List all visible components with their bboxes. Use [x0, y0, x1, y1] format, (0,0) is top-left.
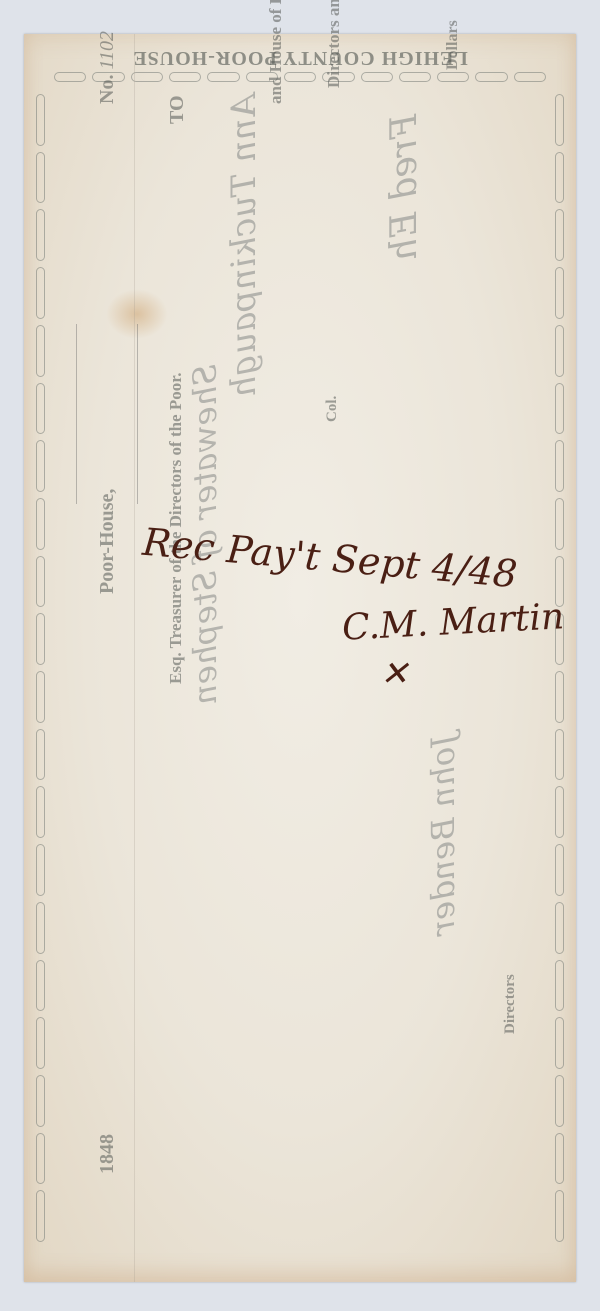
dollars-label: Dollars [444, 20, 462, 70]
year-label: 1848 [96, 1134, 119, 1174]
poor-house-label: Poor-House, [96, 489, 119, 594]
directors-line: Directors and ... for the [324, 0, 344, 88]
decorative-border-right [555, 94, 564, 1242]
order-number-label: No. 1102 $ 12 81 [96, 0, 119, 104]
amount-rule-right [137, 324, 138, 504]
decorative-border-left [36, 94, 45, 1242]
endorsement-signature: C.M. Martin [341, 596, 565, 649]
col-label: Col. [324, 396, 341, 422]
payee-line: and House of Employment Pay to [266, 0, 286, 104]
directors-label: Directors [502, 974, 519, 1034]
to-label: TO [166, 95, 189, 124]
pencil-script-4: Fred Eh [384, 114, 425, 261]
amount-rule-left [76, 324, 77, 504]
document-paper: LEHIGH COUNTY POOR-HOUSE No. 1102 $ 12 8… [24, 34, 576, 1282]
signature-flourish-icon: ✕ [380, 654, 409, 694]
pencil-script-1: Ann Tuckinpaugh [224, 94, 264, 398]
pencil-script-3: John Bender [424, 734, 462, 935]
decorative-border-top [54, 72, 546, 82]
